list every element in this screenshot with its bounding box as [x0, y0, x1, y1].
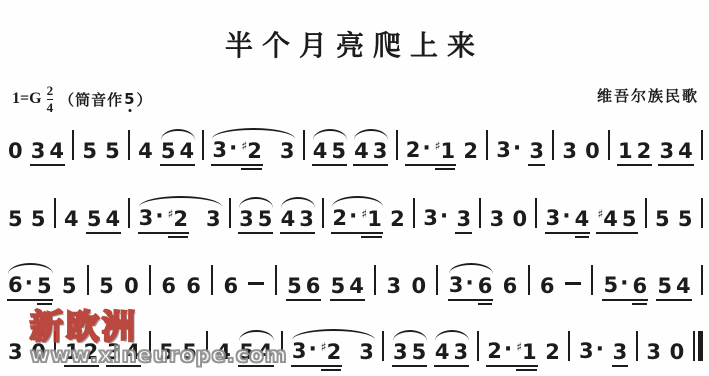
note-cell: 3·6 — [449, 275, 493, 297]
fingering-note: （筒音作 5 ） — [59, 89, 152, 110]
note: 3· — [546, 208, 571, 230]
underline-beam — [486, 365, 518, 367]
duration-dot: · — [596, 337, 604, 362]
sharp-icon: ♯ — [361, 207, 367, 221]
barline — [87, 265, 89, 295]
note: 3· — [423, 208, 448, 230]
note: 2 — [84, 342, 99, 363]
underline-beam — [455, 232, 472, 234]
note: 4 — [125, 342, 140, 363]
note-cell: 6 — [224, 276, 239, 297]
note-cell — [565, 276, 581, 297]
underline-beam — [596, 232, 623, 234]
note: 0 — [512, 209, 527, 230]
barline — [591, 265, 593, 295]
underline-beam — [178, 164, 195, 166]
underline-beam — [675, 299, 692, 301]
duration-dot: · — [513, 136, 521, 161]
note: 4 — [354, 141, 369, 162]
note: 5 — [161, 141, 176, 162]
note: 5 — [37, 276, 52, 297]
note-cell: 6 — [161, 276, 176, 297]
note: 3 — [206, 209, 221, 230]
duration-dot: · — [308, 337, 316, 362]
note: 6· — [8, 275, 33, 297]
note: 5 — [62, 276, 77, 297]
note: 0 — [411, 276, 426, 297]
meter-denominator: 4 — [47, 99, 54, 115]
sheet-music-page: 半个月亮爬上来 1=G 2 4 （筒音作 5 ） 维吾尔族民歌 03455454… — [0, 0, 709, 376]
note-cell: 3 — [562, 141, 577, 162]
underline-beam — [240, 164, 262, 166]
underline-beam — [105, 232, 122, 234]
note: 4 — [216, 342, 231, 363]
note-cell: 54 — [161, 141, 194, 162]
barline — [275, 265, 277, 295]
note-cell: 0 — [585, 141, 600, 162]
note: 3· — [449, 275, 474, 297]
barline — [206, 331, 208, 361]
note-cell: 3·♯23 — [292, 341, 374, 363]
note: ♯4 — [597, 209, 617, 230]
note: ♯2 — [168, 209, 188, 230]
sharp-icon: ♯ — [241, 139, 247, 153]
note: 4 — [435, 342, 450, 363]
note: 4 — [258, 342, 273, 363]
underline-beam — [83, 365, 100, 367]
note-cell: 2·♯1 — [487, 341, 536, 363]
note: 3 — [31, 141, 46, 162]
underline-beam — [291, 365, 323, 367]
underline-beam — [434, 164, 456, 166]
note: 1 — [65, 342, 80, 363]
note-cell: 3 — [456, 209, 471, 230]
note-cell: 5 — [655, 209, 670, 230]
note: 3 — [8, 342, 23, 363]
underline-beam-2 — [632, 303, 647, 305]
underline-beam — [257, 365, 274, 367]
note-cell: 43 — [435, 342, 468, 363]
note: 5 — [287, 276, 302, 297]
note-cell: 6 — [186, 276, 201, 297]
note-cell: 6 — [503, 276, 518, 297]
note: 3· — [579, 341, 604, 363]
note-cell: 3·♯23 — [212, 140, 294, 162]
underline-beam — [574, 232, 591, 234]
note: 6 — [306, 276, 321, 297]
note: 4 — [106, 209, 121, 230]
duration-dot: · — [620, 271, 628, 296]
note-cell: 2·♯1 — [332, 208, 381, 230]
note: 6 — [161, 276, 176, 297]
barline — [608, 130, 610, 160]
barline — [374, 265, 376, 295]
note-cell: 2 — [463, 141, 478, 162]
note: 5 — [622, 209, 637, 230]
music-line-2: 554543·♯2335432·♯123·3303·4♯4555 — [8, 190, 703, 240]
underline-beam — [48, 164, 65, 166]
underline-beam — [320, 365, 342, 367]
note-cell: 0 — [8, 141, 23, 162]
note: ♯2 — [241, 141, 261, 162]
underline-beam — [602, 299, 634, 301]
note-cell: 0 — [124, 276, 139, 297]
note-cell: 56 — [287, 276, 320, 297]
note: 4 — [138, 141, 153, 162]
note: 2 — [390, 209, 405, 230]
barline — [413, 198, 415, 228]
note: 4 — [349, 276, 364, 297]
underline-beam — [360, 232, 382, 234]
underline-beam-2 — [575, 236, 590, 238]
barline — [72, 130, 74, 160]
note: 5 — [655, 209, 670, 230]
duration-dot: · — [229, 136, 237, 161]
note-cell: 5 — [99, 276, 114, 297]
note-cell: 43 — [281, 209, 314, 230]
sharp-icon: ♯ — [435, 139, 441, 153]
underline-beam — [677, 164, 694, 166]
barline — [54, 198, 56, 228]
barline — [486, 130, 488, 160]
note-cell: 3 — [646, 342, 661, 363]
barline — [149, 265, 151, 295]
music-line-3: 6·55506665654303·6665·654 — [8, 257, 703, 307]
note: 3 — [529, 141, 544, 162]
note: 5 — [258, 209, 273, 230]
note: 6 — [540, 276, 555, 297]
note: 3 — [393, 342, 408, 363]
barline — [479, 198, 481, 228]
note-cell: 5 — [105, 141, 120, 162]
note: 2 — [637, 141, 652, 162]
barline — [322, 198, 324, 228]
underline-beam — [257, 232, 274, 234]
note: 5 — [82, 141, 97, 162]
barline — [54, 331, 56, 361]
note: ♯1 — [435, 141, 455, 162]
note-cell: 3· — [579, 341, 604, 363]
note: 2 — [545, 342, 560, 363]
note-cell: 34 — [107, 342, 140, 363]
note-cell: 54 — [239, 342, 272, 363]
note-cell: 35 — [239, 209, 272, 230]
underline-beam — [348, 299, 365, 301]
music-line-1: 034554543·♯2345432·♯123·3301234 — [8, 122, 703, 172]
note-cell: 3 — [613, 342, 628, 363]
underline-beam-2 — [321, 369, 341, 371]
underline-beam — [405, 164, 437, 166]
note-cell: 5 — [8, 209, 23, 230]
barline — [701, 265, 703, 295]
note: 0 — [31, 342, 46, 363]
underline-beam — [528, 164, 545, 166]
note-cell: 45 — [313, 141, 346, 162]
song-credit: 维吾尔族民歌 — [597, 85, 699, 106]
note-cell: 3· — [496, 140, 521, 162]
meter-numerator: 2 — [47, 84, 54, 97]
note-cell: 34 — [31, 141, 64, 162]
note-cell: 12 — [65, 342, 98, 363]
barline — [128, 198, 130, 228]
note-cell — [248, 276, 264, 297]
note-cell: 54 — [331, 276, 364, 297]
note: 4 — [313, 141, 328, 162]
note: 2· — [406, 140, 431, 162]
note-cell: 12 — [618, 141, 651, 162]
note-cell: 0 — [411, 276, 426, 297]
note: ♯1 — [361, 209, 381, 230]
underline-beam-2 — [241, 168, 261, 170]
underline-beam — [545, 232, 577, 234]
note-cell: 3 — [8, 342, 23, 363]
note: 2· — [332, 208, 357, 230]
note: 3 — [239, 209, 254, 230]
sharp-icon: ♯ — [168, 207, 174, 221]
note-cell: 5 — [678, 209, 693, 230]
note: 4 — [49, 141, 64, 162]
duration-dot: · — [25, 271, 33, 296]
note — [565, 276, 581, 297]
note-cell: 54 — [87, 209, 120, 230]
note-cell: 3·♯23 — [139, 208, 221, 230]
duration-dot: · — [465, 271, 473, 296]
note-cell: 34 — [659, 141, 692, 162]
note-cell: 0 — [512, 209, 527, 230]
underline-beam-2 — [361, 236, 381, 238]
note: 0 — [670, 342, 685, 363]
duration-dot: · — [440, 204, 448, 229]
note: 0 — [8, 141, 23, 162]
note: 3· — [292, 341, 317, 363]
note: 0 — [585, 141, 600, 162]
note: 2· — [487, 341, 512, 363]
note-cell: 5 — [31, 209, 46, 230]
note-cell: 5·6 — [603, 275, 647, 297]
note: 3· — [212, 140, 237, 162]
note: 3 — [280, 141, 295, 162]
note-cell: 5 — [182, 342, 197, 363]
note-cell: 3 — [387, 276, 402, 297]
note: 4 — [64, 209, 79, 230]
underline-beam — [36, 299, 53, 301]
duration-dot: · — [155, 204, 163, 229]
note: 3 — [490, 209, 505, 230]
note: 3 — [387, 276, 402, 297]
note-cell: 3· — [423, 208, 448, 230]
note: ♯2 — [321, 342, 341, 363]
underline-beam-2 — [435, 168, 455, 170]
note: 3 — [562, 141, 577, 162]
underline-beam-2 — [168, 236, 188, 238]
barline — [645, 198, 647, 228]
underline-beam-2 — [478, 303, 493, 305]
note: 5 — [31, 209, 46, 230]
note: 3 — [456, 209, 471, 230]
note: 3 — [359, 342, 374, 363]
sharp-icon: ♯ — [597, 207, 603, 221]
note: 3 — [299, 209, 314, 230]
note-cell: 5 — [82, 141, 97, 162]
note: 5 — [87, 209, 102, 230]
note-cell: 4 — [138, 141, 153, 162]
time-signature: 2 4 — [47, 84, 54, 114]
sharp-icon: ♯ — [516, 340, 522, 354]
note-cell: 6·5 — [8, 275, 52, 297]
underline-beam — [515, 365, 537, 367]
low-octave-note: 5 — [124, 90, 135, 108]
barline — [552, 130, 554, 160]
note: 4 — [575, 209, 590, 230]
note: 5 — [8, 209, 23, 230]
note-cell: 0 — [670, 342, 685, 363]
barline — [568, 331, 570, 361]
barline — [149, 331, 151, 361]
note: 5 — [182, 342, 197, 363]
note: 5 — [239, 342, 254, 363]
note: 5· — [603, 275, 628, 297]
note: 6 — [478, 276, 493, 297]
note: 4 — [678, 141, 693, 162]
note: 5 — [678, 209, 693, 230]
note-cell: 2·♯1 — [406, 140, 455, 162]
note: 5 — [99, 276, 114, 297]
underline-beam — [331, 232, 363, 234]
note-cell: 3 — [490, 209, 505, 230]
note-cell: 2 — [390, 209, 405, 230]
note-cell: 3 — [529, 141, 544, 162]
underline-beam — [7, 299, 39, 301]
underline-beam — [448, 299, 480, 301]
underline-beam — [452, 365, 469, 367]
note: 5 — [657, 276, 672, 297]
barline — [701, 198, 703, 228]
note: 3· — [496, 140, 521, 162]
underline-beam-2 — [37, 303, 52, 305]
underline-beam — [612, 365, 629, 367]
sharp-icon: ♯ — [321, 340, 327, 354]
note: 3 — [646, 342, 661, 363]
note-cell: 5 — [159, 342, 174, 363]
barline — [436, 265, 438, 295]
note-cell: 35 — [393, 342, 426, 363]
duration-dot: · — [422, 136, 430, 161]
barline — [396, 130, 398, 160]
barline — [229, 198, 231, 228]
key-signature: 1=G 2 4 （筒音作 5 ） — [12, 84, 153, 114]
barline — [528, 265, 530, 295]
underline-beam — [298, 232, 315, 234]
barline — [281, 331, 283, 361]
key-prefix: 1=G — [12, 90, 42, 108]
underline-beam — [636, 164, 653, 166]
note: 2 — [463, 141, 478, 162]
barline — [535, 198, 537, 228]
underline-beam — [631, 299, 648, 301]
barline — [128, 130, 130, 160]
note-cell: 5 — [62, 276, 77, 297]
barline — [303, 130, 305, 160]
note-cell: 54 — [657, 276, 690, 297]
song-title: 半个月亮爬上来 — [0, 24, 709, 64]
note: 3 — [107, 342, 122, 363]
note: 3 — [453, 342, 468, 363]
note: 6 — [632, 276, 647, 297]
underline-beam — [621, 232, 638, 234]
final-barline — [693, 331, 703, 361]
barline — [202, 130, 204, 160]
barline — [382, 331, 384, 361]
note: 6 — [503, 276, 518, 297]
barline — [636, 331, 638, 361]
duration-dot: · — [349, 204, 357, 229]
held-note-dash — [565, 282, 581, 285]
note: 0 — [124, 276, 139, 297]
note: 3 — [373, 141, 388, 162]
note: 3 — [613, 342, 628, 363]
underline-beam — [167, 232, 189, 234]
underline-beam — [330, 164, 347, 166]
note-cell: 6 — [540, 276, 555, 297]
note: ♯1 — [516, 342, 536, 363]
underline-beam — [411, 365, 428, 367]
note: 5 — [331, 276, 346, 297]
note-cell: 0 — [31, 342, 46, 363]
note-cell: 2 — [545, 342, 560, 363]
note-cell: 43 — [354, 141, 387, 162]
underline-beam — [372, 164, 389, 166]
underline-beam — [305, 299, 322, 301]
note-cell: 4 — [216, 342, 231, 363]
underline-beam — [138, 232, 170, 234]
note-cell: ♯45 — [597, 209, 636, 230]
note — [248, 276, 264, 297]
underline-beam — [211, 164, 243, 166]
note: 3· — [139, 208, 164, 230]
duration-dot: · — [504, 337, 512, 362]
underline-beam-2 — [516, 369, 536, 371]
note: 5 — [331, 141, 346, 162]
barline — [211, 265, 213, 295]
barline — [701, 130, 703, 160]
note: 1 — [618, 141, 633, 162]
note: 5 — [412, 342, 427, 363]
note: 4 — [179, 141, 194, 162]
note: 3 — [659, 141, 674, 162]
note-cell: 4 — [64, 209, 79, 230]
note: 6 — [186, 276, 201, 297]
note: 6 — [224, 276, 239, 297]
note: 4 — [281, 209, 296, 230]
note: 4 — [676, 276, 691, 297]
note: 5 — [159, 342, 174, 363]
underline-beam — [124, 365, 141, 367]
note-cell: 3·4 — [546, 208, 590, 230]
underline-beam — [477, 299, 494, 301]
barline — [477, 331, 479, 361]
held-note-dash — [248, 282, 264, 285]
duration-dot: · — [562, 204, 570, 229]
music-line-4: 301234554543·♯2335432·♯123·330 — [8, 323, 703, 373]
note: 5 — [105, 141, 120, 162]
